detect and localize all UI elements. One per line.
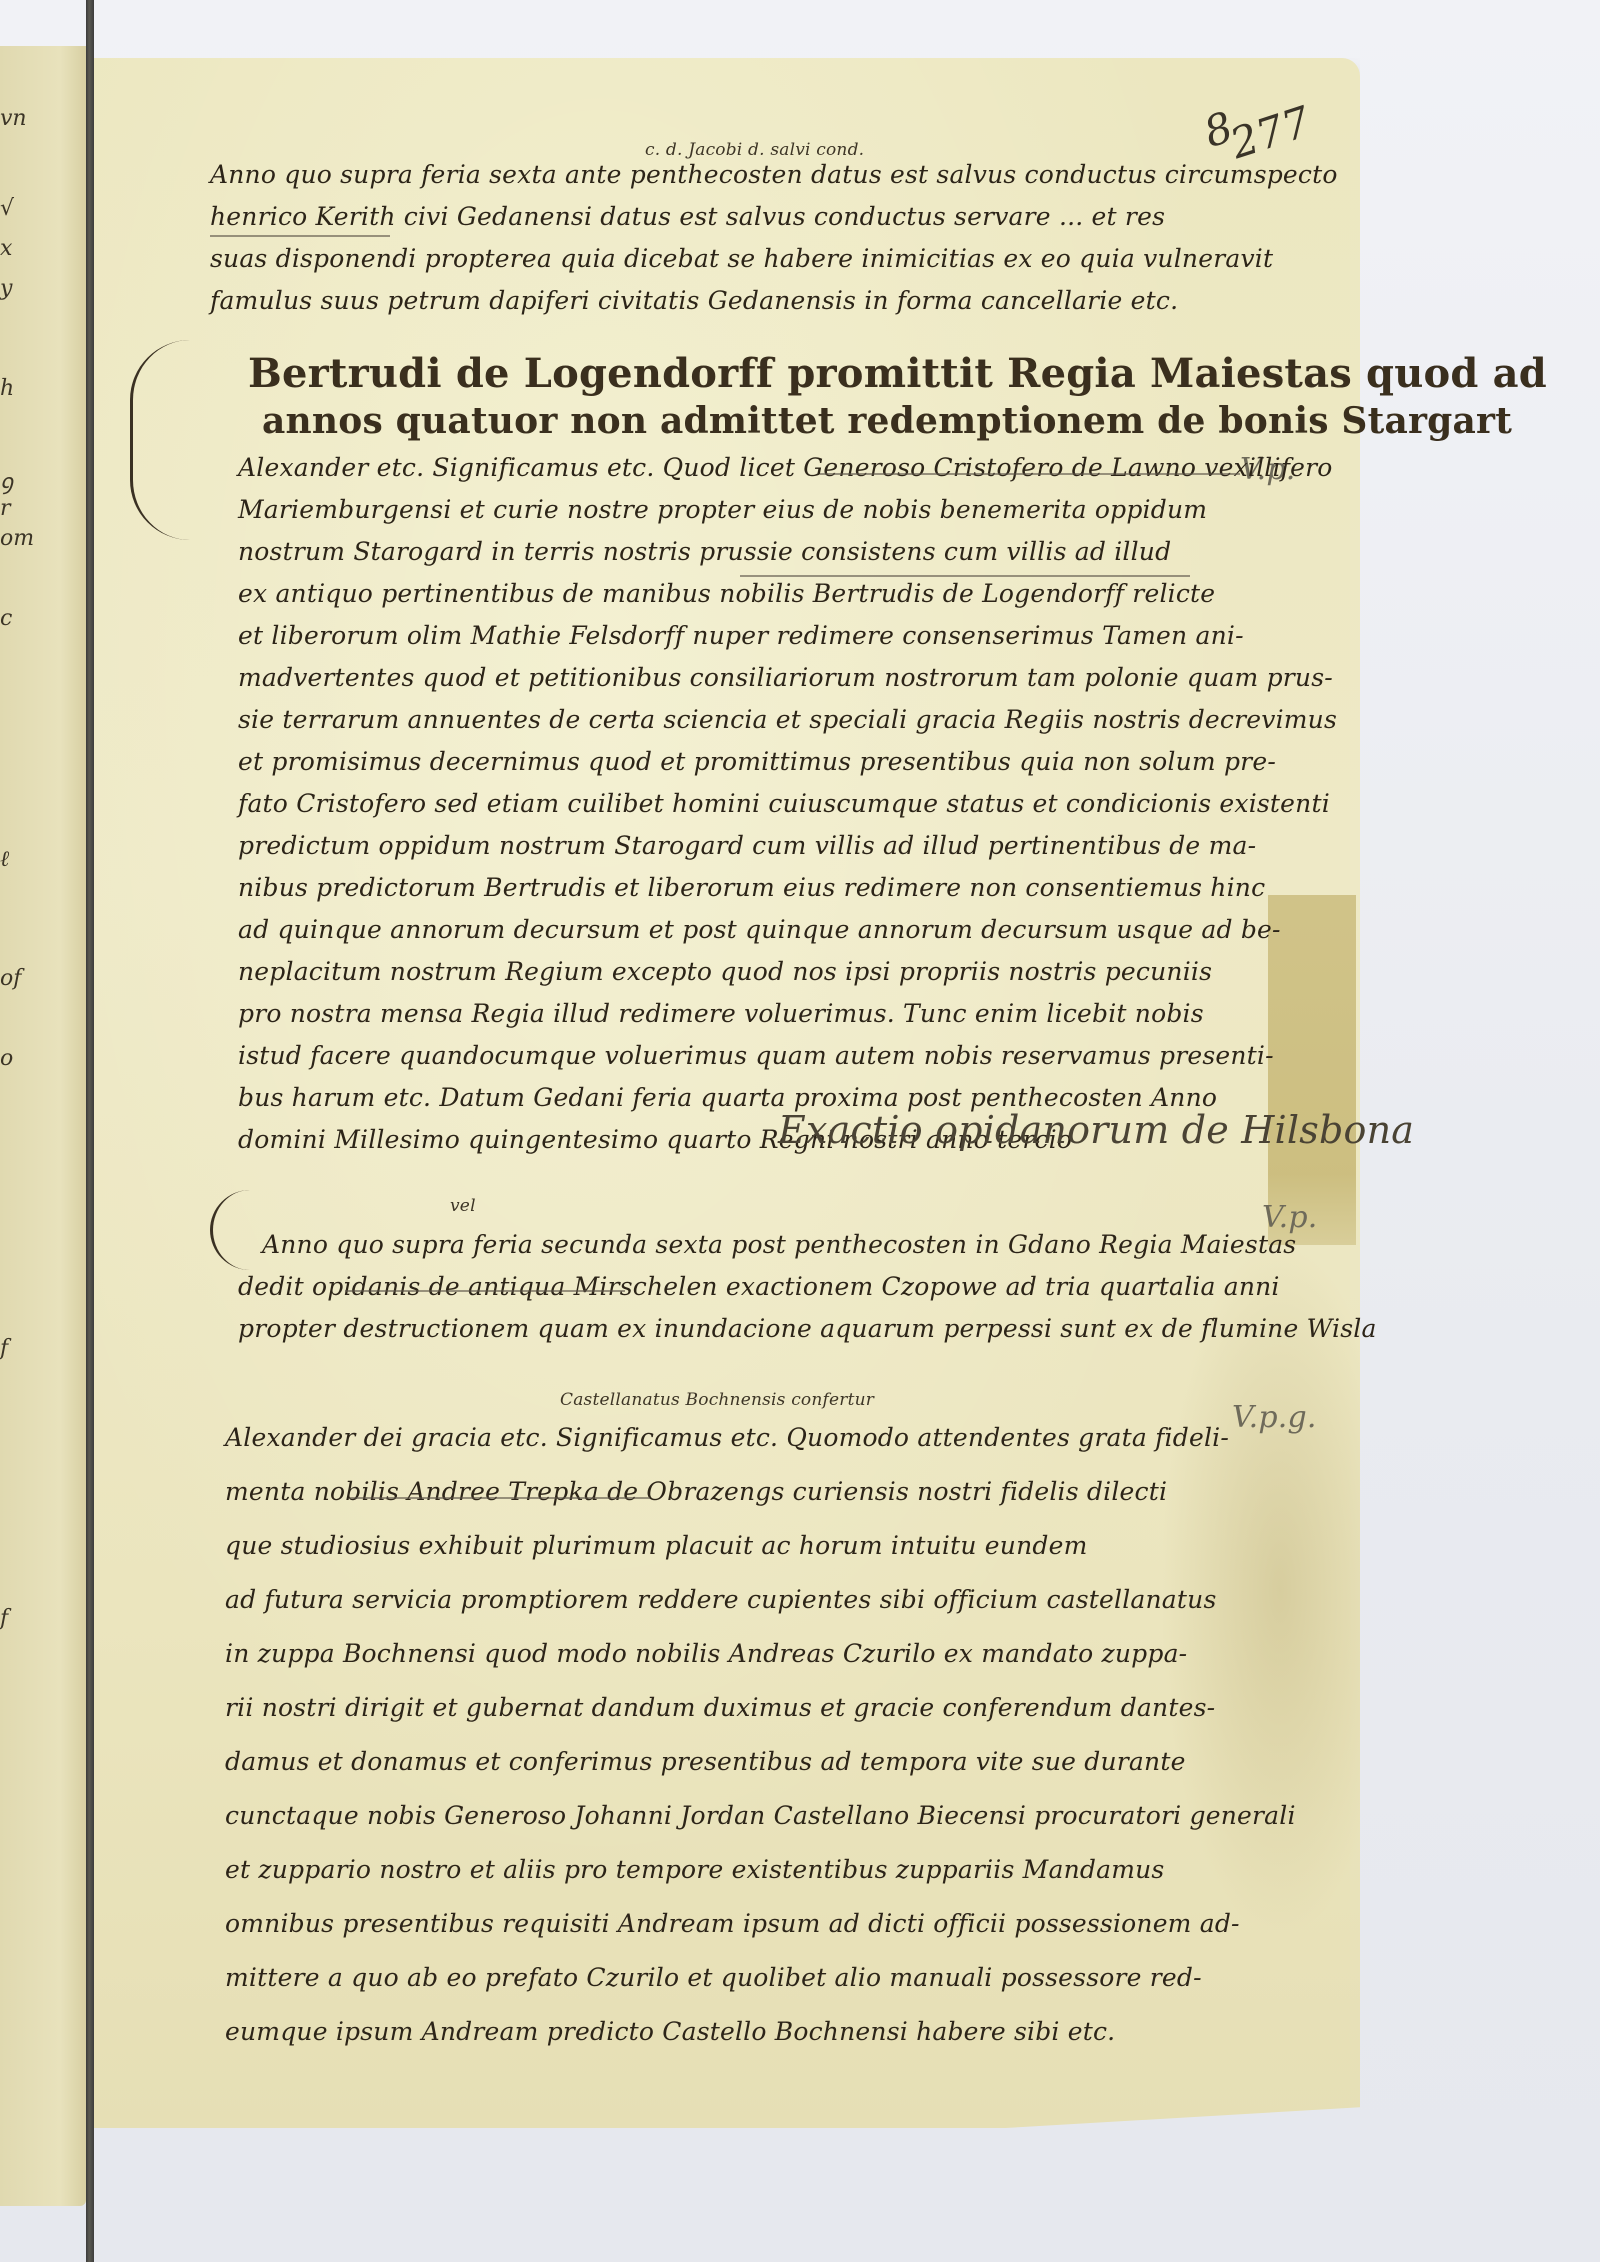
- underline: [350, 1497, 650, 1499]
- facing-fragment: om: [0, 526, 34, 551]
- entry-line: mittere a quo ab eo prefato Czurilo et q…: [225, 1958, 1202, 1998]
- entry-line: ad futura servicia promptiorem reddere c…: [225, 1580, 1217, 1620]
- facing-fragment: y: [0, 276, 12, 301]
- entry-line: in zuppa Bochnensi quod modo nobilis And…: [225, 1634, 1187, 1674]
- facing-fragment: ℓ: [0, 846, 9, 872]
- entry-line: cunctaque nobis Generoso Johanni Jordan …: [225, 1796, 1296, 1836]
- facing-fragment: x: [0, 236, 12, 261]
- entry-line: nostrum Starogard in terris nostris prus…: [238, 532, 1171, 572]
- entry-line: propter destructionem quam ex inundacion…: [238, 1309, 1377, 1349]
- entry-line: et zuppario nostro et aliis pro tempore …: [225, 1850, 1164, 1890]
- facing-fragment: f: [0, 1336, 8, 1361]
- underline: [210, 235, 390, 237]
- entry-line: et promisimus decernimus quod et promitt…: [238, 742, 1276, 782]
- entry-line: ad quinque annorum decursum et post quin…: [238, 910, 1281, 950]
- entry-line: ex antiquo pertinentibus de manibus nobi…: [238, 574, 1215, 614]
- margin-note: V.p.g.: [1232, 1400, 1317, 1435]
- entry-line: madvertentes quod et petitionibus consil…: [238, 658, 1333, 698]
- entry-line: menta nobilis Andree Trepka de Obrazengs…: [225, 1472, 1167, 1512]
- entry-line: omnibus presentibus requisiti Andream ip…: [225, 1904, 1240, 1944]
- underline: [820, 473, 1240, 475]
- entry-line: et liberorum olim Mathie Felsdorff nuper…: [238, 616, 1244, 656]
- entry-line: istud facere quandocumque voluerimus qua…: [238, 1036, 1274, 1076]
- entry-line: Anno quo supra feria sexta ante pentheco…: [210, 155, 1338, 195]
- facing-fragment: r: [0, 496, 11, 521]
- facing-fragment: ꝯ: [0, 466, 13, 496]
- facing-fragment: o: [0, 1046, 13, 1071]
- entry-line: Mariemburgensi et curie nostre propter e…: [238, 490, 1207, 530]
- facing-fragment: f: [0, 1606, 8, 1631]
- entry-line: Anno quo supra feria secunda sexta post …: [262, 1225, 1296, 1265]
- entry-line: que studiosius exhibuit plurimum placuit…: [225, 1526, 1088, 1566]
- entry-line: rii nostri dirigit et gubernat dandum du…: [225, 1688, 1215, 1728]
- entry-line: predictum oppidum nostrum Starogard cum …: [238, 826, 1256, 866]
- entry-line: sie terrarum annuentes de certa sciencia…: [238, 700, 1337, 740]
- entry-line: Alexander dei gracia etc. Significamus e…: [225, 1418, 1229, 1458]
- facing-fragment: c: [0, 606, 12, 631]
- entry-line: suas disponendi propterea quia dicebat s…: [210, 239, 1273, 279]
- binding-gutter: [86, 0, 94, 2262]
- entry-line: dedit opidanis de antiqua Mirschelen exa…: [238, 1267, 1280, 1307]
- entry-heading: Bertrudi de Logendorff promittit Regia M…: [248, 350, 1547, 397]
- entry-title-note: Castellanatus Bochnensis confertur: [560, 1390, 874, 1410]
- superscript-note: vel: [450, 1196, 476, 1216]
- entry-line: famulus suus petrum dapiferi civitatis G…: [210, 281, 1178, 321]
- entry-line: neplacitum nostrum Regium excepto quod n…: [238, 952, 1212, 992]
- entry-line: fato Cristofero sed etiam cuilibet homin…: [238, 784, 1330, 824]
- entry-line: damus et donamus et conferimus presentib…: [225, 1742, 1186, 1782]
- facing-fragment: √: [0, 196, 14, 221]
- facing-fragment: of: [0, 966, 21, 991]
- facing-fragment: h: [0, 376, 14, 401]
- entry-line: Alexander etc. Significamus etc. Quod li…: [238, 448, 1333, 488]
- entry-line: henrico Kerith civi Gedanensi datus est …: [210, 197, 1165, 237]
- facing-page-edge: vn √ x y h ꝯ r om c ℓ of o f f: [0, 46, 86, 2206]
- water-stain: [1268, 895, 1356, 1245]
- entry-heading: annos quatuor non admittet redemptionem …: [262, 400, 1512, 442]
- underline: [740, 575, 1190, 577]
- facing-fragment: vn: [0, 106, 27, 131]
- entry-line: eumque ipsum Andream predicto Castello B…: [225, 2012, 1115, 2052]
- paragraph-mark: [130, 340, 193, 540]
- entry-line: nibus predictorum Bertrudis et liberorum…: [238, 868, 1265, 908]
- underline: [345, 1290, 625, 1292]
- entry-heading: Exactio opidanorum de Hilsbona: [778, 1108, 1414, 1152]
- entry-line: pro nostra mensa Regia illud redimere vo…: [238, 994, 1204, 1034]
